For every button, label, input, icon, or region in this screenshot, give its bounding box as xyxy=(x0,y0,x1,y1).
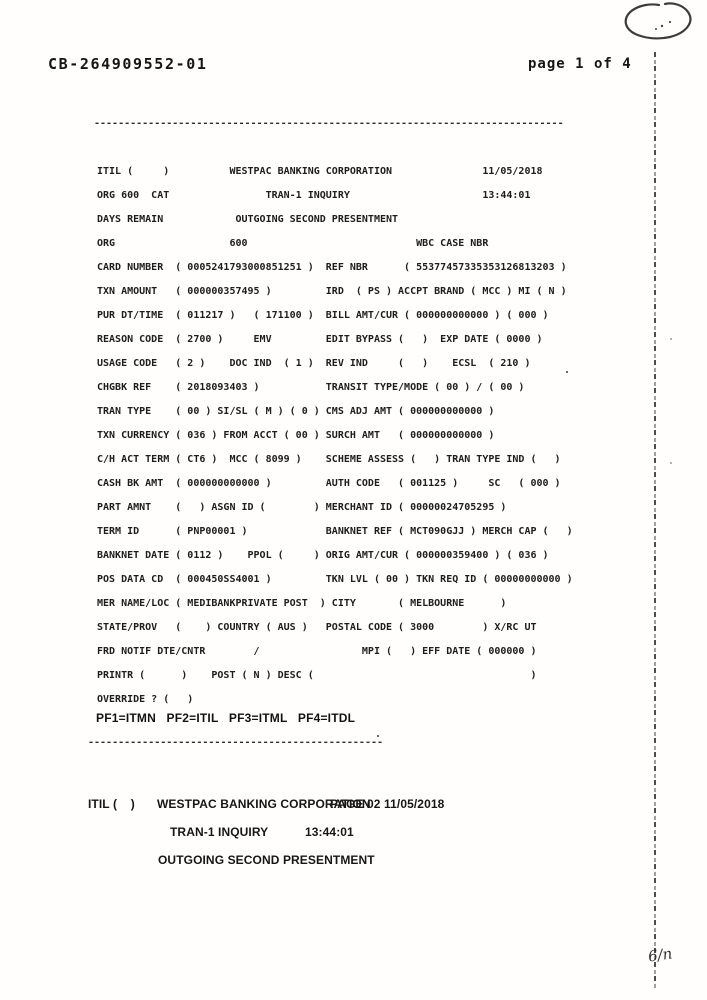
report-line: ORG 600 CAT TRAN-1 INQUIRY 13:44:01 xyxy=(97,184,573,208)
pen-scribble-oval-icon xyxy=(612,0,698,44)
handwritten-note: 6/n xyxy=(647,944,674,965)
page2-inquiry-title: TRAN-1 INQUIRY xyxy=(170,825,268,839)
report-line: TRAN TYPE ( 00 ) SI/SL ( M ) ( 0 ) CMS A… xyxy=(97,400,573,424)
report-line: CASH BK AMT ( 000000000000 ) AUTH CODE (… xyxy=(97,472,573,496)
scanned-document-page: CB-264909552-01 page 1 of 4 ------------… xyxy=(0,0,707,1000)
report-line: PART AMNT ( ) ASGN ID ( ) MERCHANT ID ( … xyxy=(97,496,573,520)
report-line: DAYS REMAIN OUTGOING SECOND PRESENTMENT xyxy=(97,208,573,232)
report-line: ITIL ( ) WESTPAC BANKING CORPORATION 11/… xyxy=(97,160,573,184)
page2-page-number: PAGE 02 xyxy=(330,797,381,811)
report-line: C/H ACT TERM ( CT6 ) MCC ( 8099 ) SCHEME… xyxy=(97,448,573,472)
page2-date: 11/05/2018 xyxy=(384,797,444,811)
report-line: POS DATA CD ( 000450SS4001 ) TKN LVL ( 0… xyxy=(97,568,573,592)
report-line: TXN AMOUNT ( 000000357495 ) IRD ( PS ) A… xyxy=(97,280,573,304)
scan-speck xyxy=(566,371,568,373)
page-number-label: page 1 of 4 xyxy=(528,56,632,72)
page2-itil-label: ITIL ( ) xyxy=(88,797,135,811)
scan-speck xyxy=(377,735,379,737)
separator-top: ----------------------------------------… xyxy=(94,118,564,129)
scan-speck xyxy=(670,462,672,464)
report-line: USAGE CODE ( 2 ) DOC IND ( 1 ) REV IND (… xyxy=(97,352,573,376)
report-line: STATE/PROV ( ) COUNTRY ( AUS ) POSTAL CO… xyxy=(97,616,573,640)
document-id: CB-264909552-01 xyxy=(48,55,207,73)
report-line: TERM ID ( PNP00001 ) BANKNET REF ( MCT09… xyxy=(97,520,573,544)
report-line: MER NAME/LOC ( MEDIBANKPRIVATE POST ) CI… xyxy=(97,592,573,616)
separator-bottom: ----------------------------------------… xyxy=(88,737,383,748)
report-line: CARD NUMBER ( 0005241793000851251 ) REF … xyxy=(97,256,573,280)
pf-keys-line: PF1=ITMN PF2=ITIL PF3=ITML PF4=ITDL xyxy=(96,711,355,725)
scan-edge-artifact xyxy=(654,52,656,988)
page2-time: 13:44:01 xyxy=(305,825,354,839)
report-line: BANKNET DATE ( 0112 ) PPOL ( ) ORIG AMT/… xyxy=(97,544,573,568)
scan-speck xyxy=(670,338,672,340)
report-line: PRINTR ( ) POST ( N ) DESC ( ) xyxy=(97,664,573,688)
report-body: ITIL ( ) WESTPAC BANKING CORPORATION 11/… xyxy=(97,160,573,712)
page2-presentment-title: OUTGOING SECOND PRESENTMENT xyxy=(158,853,375,867)
report-line: ORG 600 WBC CASE NBR xyxy=(97,232,573,256)
report-line: TXN CURRENCY ( 036 ) FROM ACCT ( 00 ) SU… xyxy=(97,424,573,448)
report-line: CHGBK REF ( 2018093403 ) TRANSIT TYPE/MO… xyxy=(97,376,573,400)
report-line: FRD NOTIF DTE/CNTR / MPI ( ) EFF DATE ( … xyxy=(97,640,573,664)
report-line: REASON CODE ( 2700 ) EMV EDIT BYPASS ( )… xyxy=(97,328,573,352)
report-line: PUR DT/TIME ( 011217 ) ( 171100 ) BILL A… xyxy=(97,304,573,328)
report-line: OVERRIDE ? ( ) xyxy=(97,688,573,712)
